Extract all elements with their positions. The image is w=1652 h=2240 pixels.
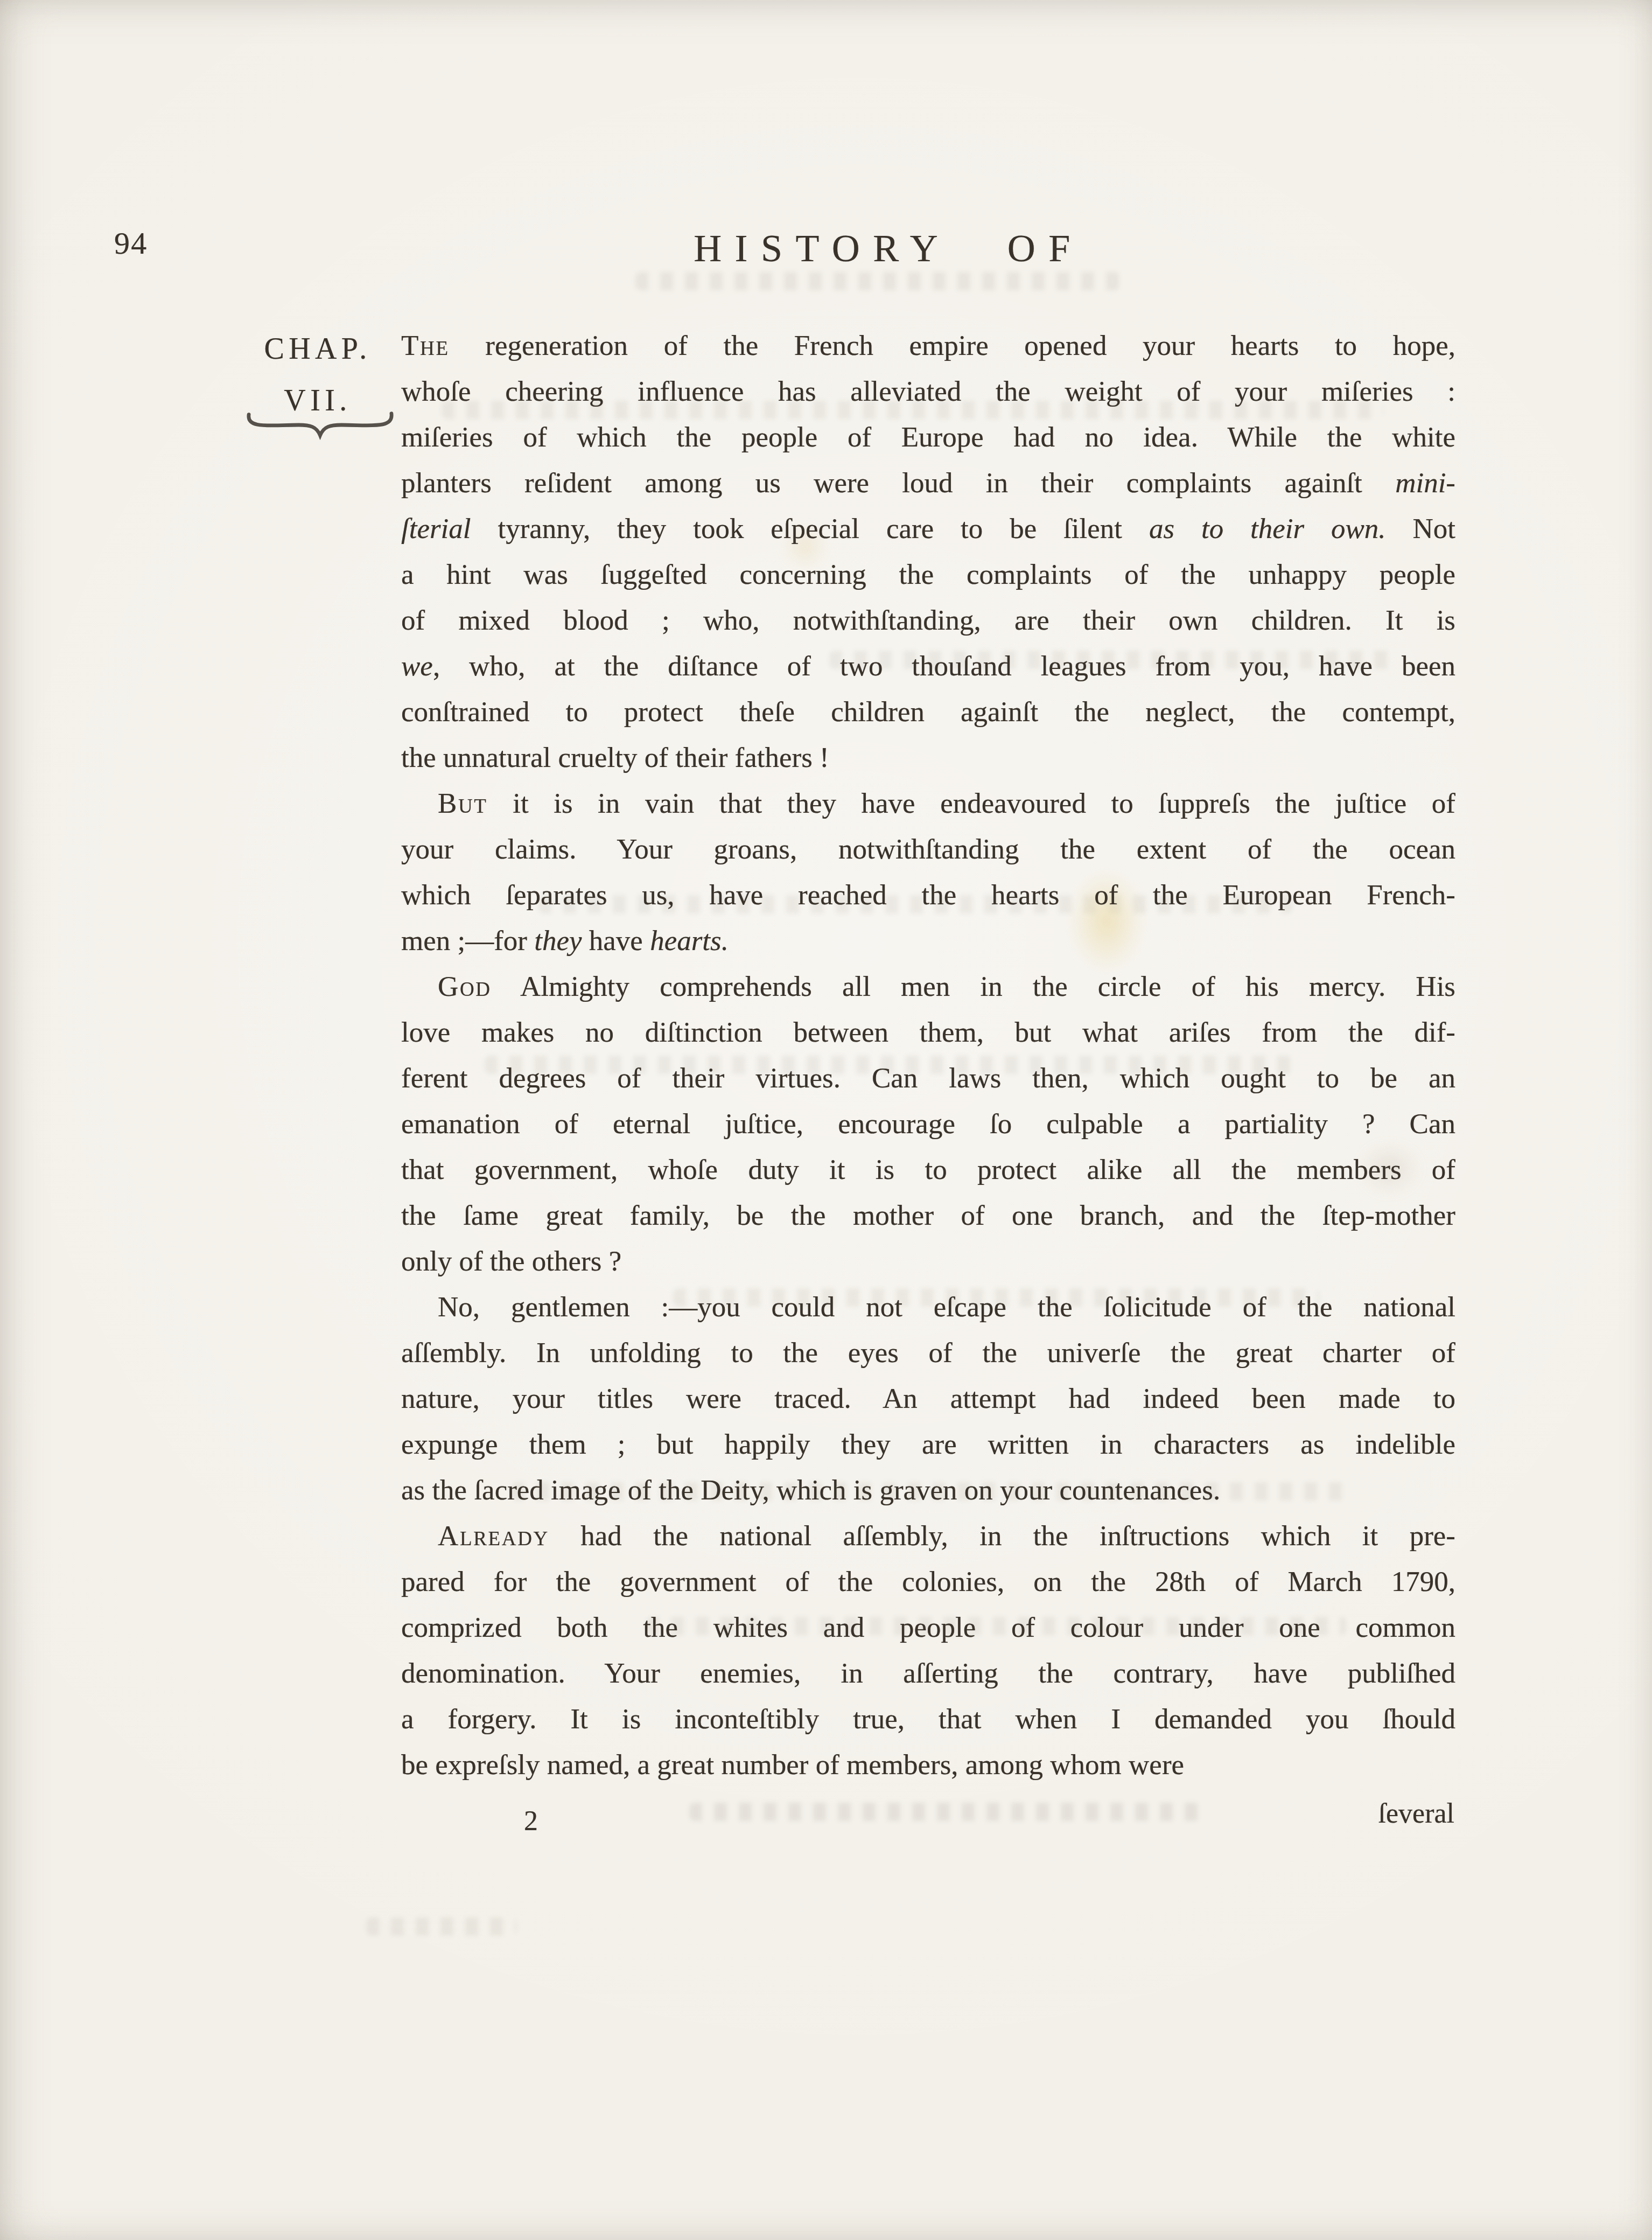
text-line: miſeries of which the people of Europe h… [401, 415, 1455, 460]
catchword: ſeveral [1378, 1798, 1454, 1830]
text-line: planters reſident among us were loud in … [401, 460, 1455, 506]
text-line: of mixed blood ; who, notwithſtanding, a… [401, 598, 1455, 644]
text-line: whoſe cheering influence has alleviated … [401, 369, 1455, 415]
page-root: 94 HISTORY OF CHAP. VII. The regeneratio… [0, 0, 1652, 2240]
text-line: ſterial tyranny, they took eſpecial care… [401, 506, 1455, 552]
italic-text: they [534, 925, 582, 957]
chapter-label: CHAP. [232, 323, 404, 375]
text-line: aſſembly. In unfolding to the eyes of th… [401, 1330, 1455, 1376]
text-line: emanation of eternal juſtice, encourage … [401, 1101, 1455, 1147]
text-block: The regeneration of the French empire op… [401, 323, 1455, 1788]
show-through-artifact [635, 272, 1120, 290]
signature-mark: 2 [524, 1805, 538, 1837]
text-line: a forgery. It is inconteſtibly true, tha… [401, 1697, 1455, 1742]
text-line: denomination. Your enemies, in aſſerting… [401, 1651, 1455, 1697]
text-line: But it is in vain that they have endeavo… [401, 781, 1455, 827]
chapter-brace-ornament [243, 409, 397, 441]
running-header: HISTORY OF [401, 226, 1376, 271]
small-caps-text: The [401, 330, 450, 361]
text-line: which ſeparates us, have reached the hea… [401, 873, 1455, 918]
text-line: No, gentlemen :—you could not eſcape the… [401, 1285, 1455, 1330]
text-line: be expreſsly named, a great number of me… [401, 1742, 1455, 1788]
page-number: 94 [114, 225, 148, 261]
text-line: the ſame great family, be the mother of … [401, 1193, 1455, 1239]
text-line: God Almighty comprehends all men in the … [401, 964, 1455, 1010]
text-line: love makes no diſtinction between them, … [401, 1010, 1455, 1056]
text-line: comprized both the whites and people of … [401, 1605, 1455, 1651]
italic-text: hearts. [650, 925, 729, 957]
small-caps-text: Already [438, 1520, 549, 1552]
text-line: we, who, at the diſtance of two thouſand… [401, 644, 1455, 689]
text-line: as the ſacred image of the Deity, which … [401, 1468, 1455, 1513]
text-line: The regeneration of the French empire op… [401, 323, 1455, 369]
text-line: only of the others ? [401, 1239, 1455, 1285]
small-caps-text: But [438, 788, 488, 819]
show-through-artifact [366, 1917, 517, 1936]
italic-text: ſterial [401, 513, 471, 545]
text-line: your claims. Your groans, notwithſtandin… [401, 827, 1455, 873]
text-line: a hint was ſuggeſted concerning the comp… [401, 552, 1455, 598]
text-line: Already had the national aſſembly, in th… [401, 1513, 1455, 1559]
text-line: that government, whoſe duty it is to pro… [401, 1147, 1455, 1193]
text-line: pared for the government of the colonies… [401, 1559, 1455, 1605]
text-line: men ;—for they have hearts. [401, 918, 1455, 964]
italic-text: mini- [1395, 467, 1455, 499]
text-line: the unnatural cruelty of their fathers ! [401, 735, 1455, 781]
text-line: nature, your titles were traced. An atte… [401, 1376, 1455, 1422]
text-line: expunge them ; but happily they are writ… [401, 1422, 1455, 1468]
text-line: ferent degrees of their virtues. Can law… [401, 1056, 1455, 1101]
small-caps-text: God [438, 971, 492, 1002]
italic-text: as to their own. [1149, 513, 1386, 545]
italic-text: we [401, 651, 433, 682]
signature-row: 2 ſeveral [401, 1805, 1455, 1848]
text-line: conſtrained to protect theſe children ag… [401, 689, 1455, 735]
